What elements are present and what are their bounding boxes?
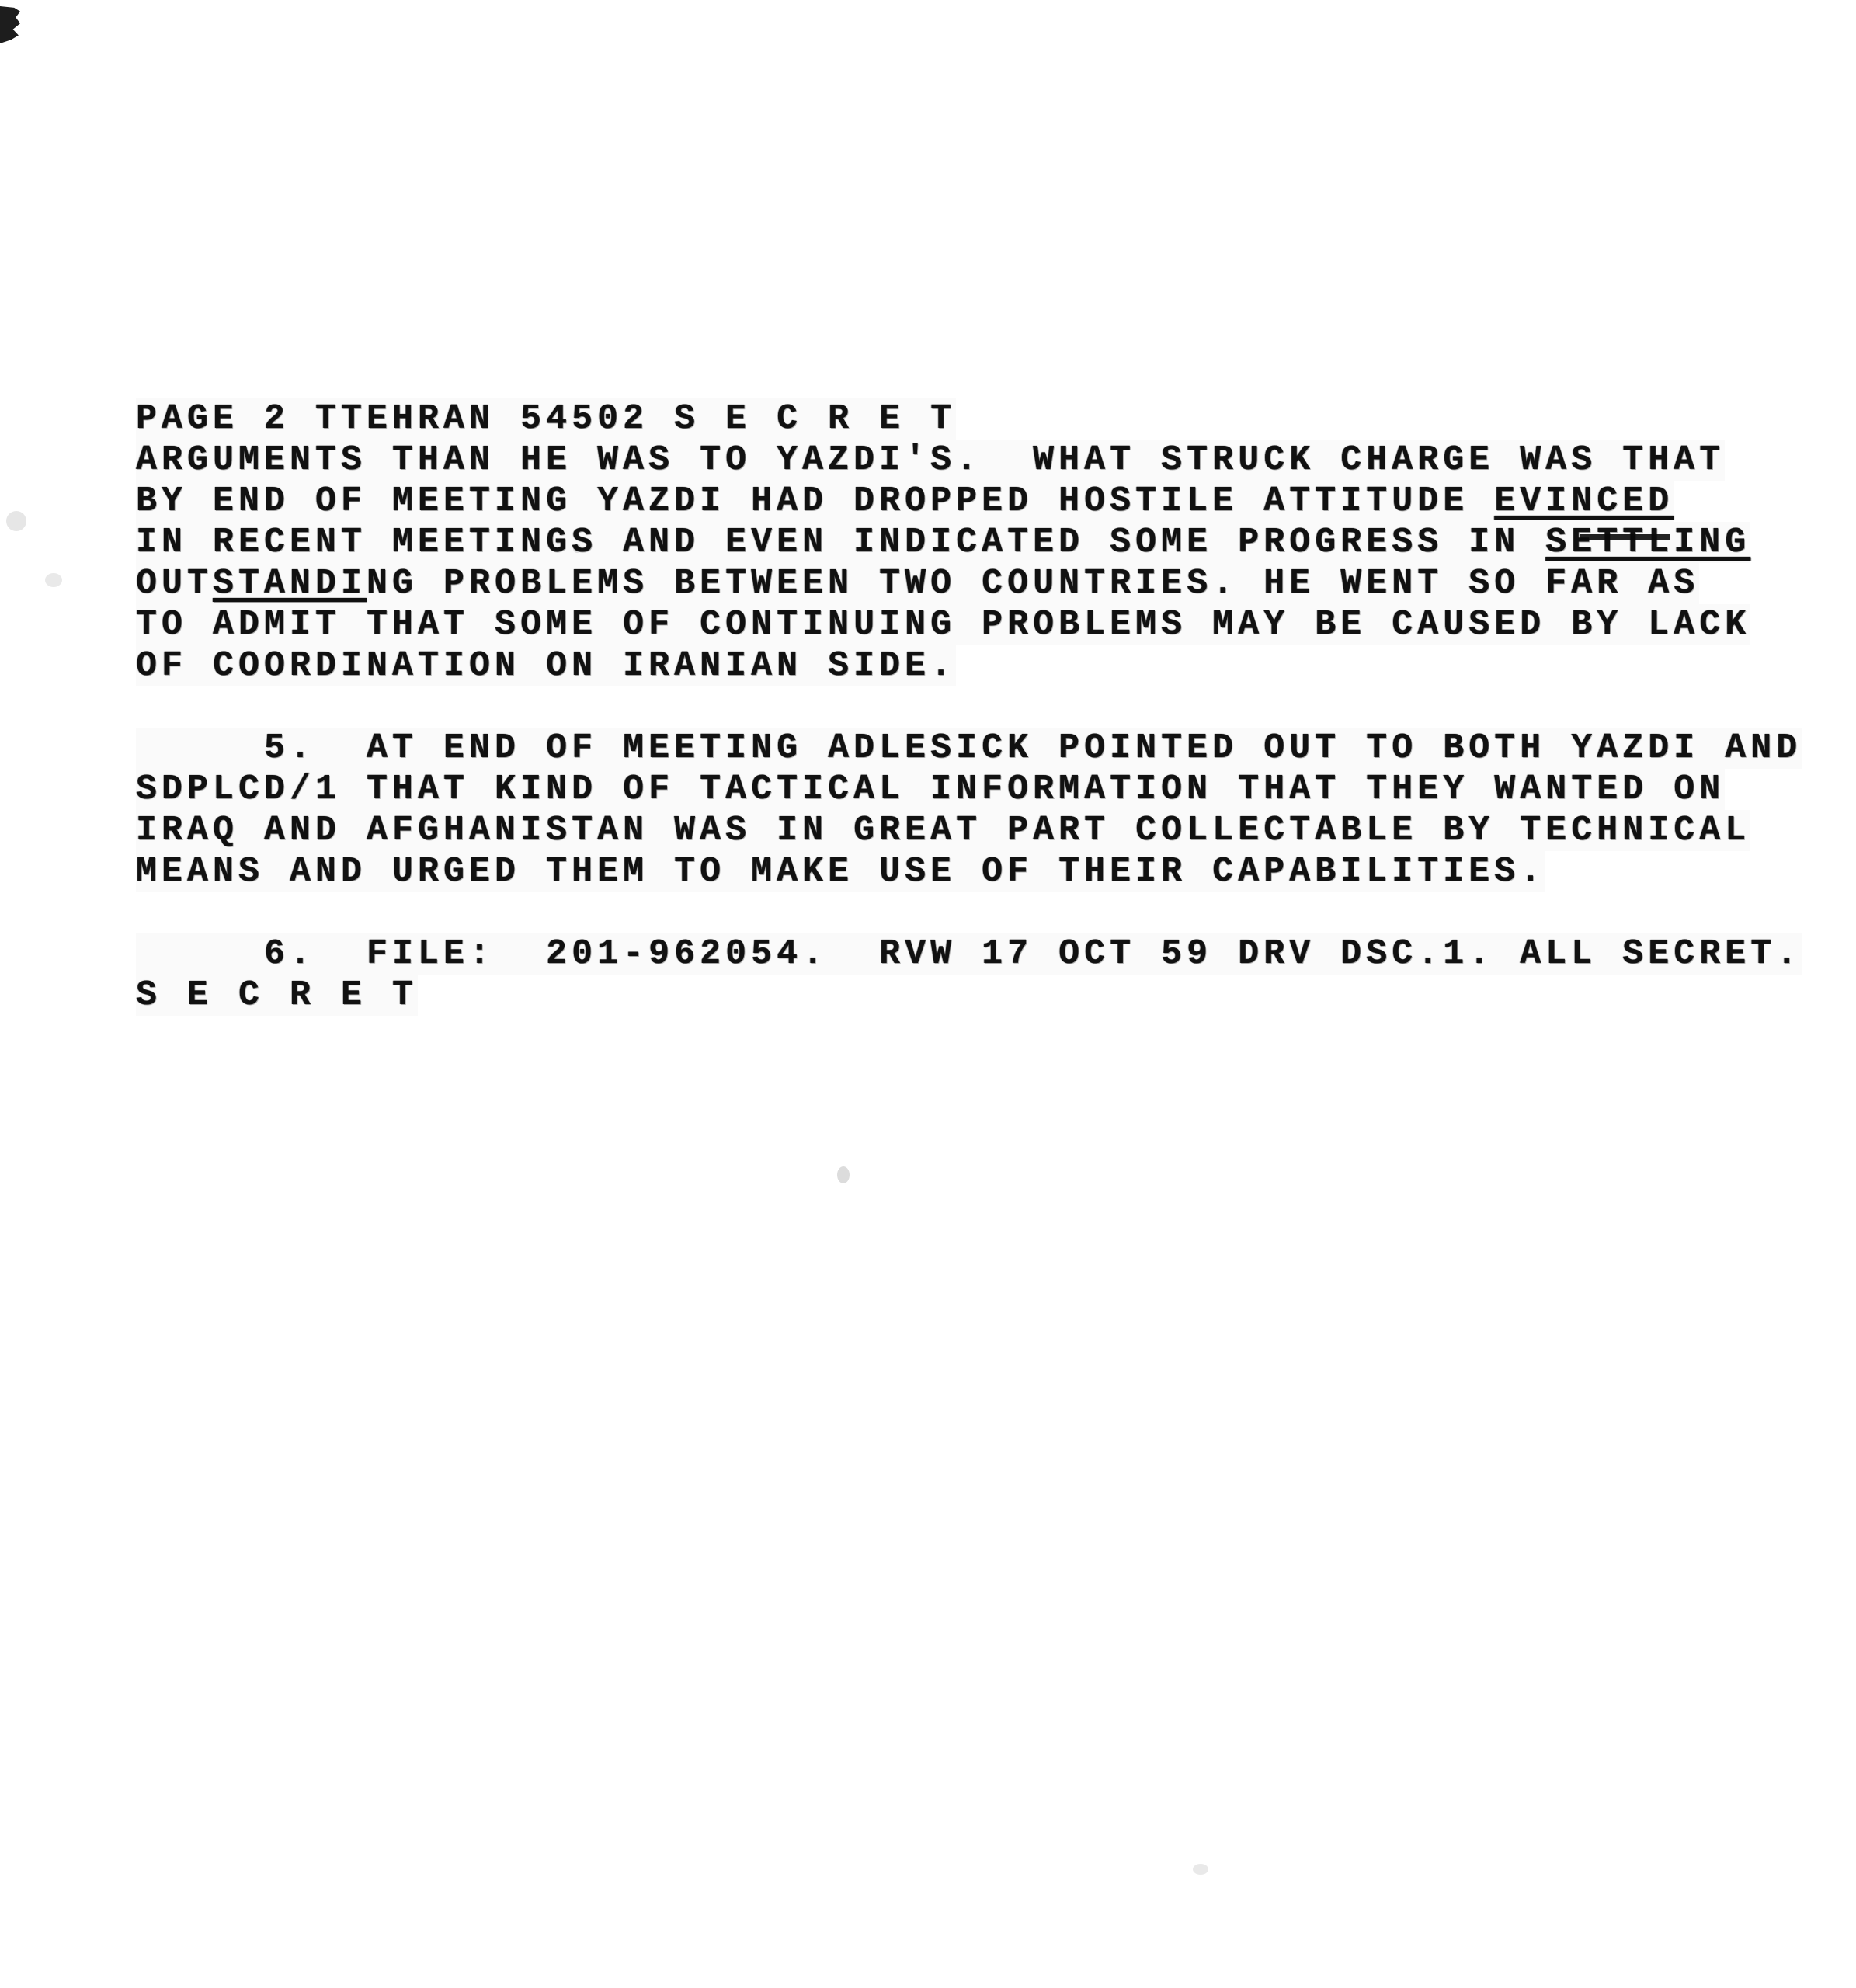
typewritten-text: S E C R E T <box>136 975 418 1015</box>
cable-line <box>136 686 162 728</box>
cable-line: OUTSTANDING PROBLEMS BETWEEN TWO COUNTRI… <box>136 563 1699 604</box>
typewritten-text: ARGUMENTS THAN HE WAS TO YAZDI'S. WHAT S… <box>136 440 1725 480</box>
scanned-cable-page: PAGE 2 TTEHRAN 54502 S E C R E TARGUMENT… <box>0 0 1856 1988</box>
cable-line: S E C R E T <box>136 975 418 1016</box>
cable-line: IRAQ AND AFGHANISTAN WAS IN GREAT PART C… <box>136 810 1750 851</box>
underlined-text: STANDI <box>213 564 367 603</box>
typewritten-text: OF COORDINATION ON IRANIAN SIDE. <box>136 646 956 686</box>
cable-line <box>136 892 162 933</box>
cable-line: ARGUMENTS THAN HE WAS TO YAZDI'S. WHAT S… <box>136 440 1725 481</box>
corner-ink-mark <box>0 6 20 43</box>
typewritten-text: OUT <box>136 564 213 603</box>
typewritten-text: PAGE 2 TTEHRAN 54502 S E C R E T <box>136 399 956 439</box>
underlined-text: SETTLING <box>1545 523 1750 562</box>
typewritten-text: MEANS AND URGED THEM TO MAKE USE OF THEI… <box>136 852 1545 891</box>
cable-line: BY END OF MEETING YAZDI HAD DROPPED HOST… <box>136 481 1674 522</box>
scan-speck-left-1 <box>6 511 26 531</box>
scan-speck-bottom <box>1193 1864 1208 1875</box>
cable-line: IN RECENT MEETINGS AND EVEN INDICATED SO… <box>136 522 1750 563</box>
typewritten-text: TO ADMIT THAT SOME OF CONTINUING PROBLEM… <box>136 605 1750 645</box>
typewritten-text: BY END OF MEETING YAZDI HAD DROPPED HOST… <box>136 481 1494 521</box>
typewritten-text: IRAQ AND AFGHANISTAN WAS IN GREAT PART C… <box>136 811 1750 850</box>
cable-text: PAGE 2 TTEHRAN 54502 S E C R E TARGUMENT… <box>136 398 1802 1016</box>
cable-line: 5. AT END OF MEETING ADLESICK POINTED OU… <box>136 728 1802 769</box>
cable-line: PAGE 2 TTEHRAN 54502 S E C R E T <box>136 398 956 440</box>
scan-speck-left-2 <box>45 573 62 587</box>
cable-line: TO ADMIT THAT SOME OF CONTINUING PROBLEM… <box>136 604 1750 645</box>
typewritten-text: 5. AT END OF MEETING ADLESICK POINTED OU… <box>136 728 1802 768</box>
scan-speck-center <box>837 1166 850 1183</box>
typewritten-text: NG PROBLEMS BETWEEN TWO COUNTRIES. HE WE… <box>367 564 1699 603</box>
evinced-double-underline <box>1580 534 1670 540</box>
typewritten-text: IN RECENT MEETINGS AND EVEN INDICATED SO… <box>136 523 1545 562</box>
cable-line: 6. FILE: 201-962054. RVW 17 OCT 59 DRV D… <box>136 933 1802 975</box>
cable-line: OF COORDINATION ON IRANIAN SIDE. <box>136 645 956 686</box>
typewritten-text: SDPLCD/1 THAT KIND OF TACTICAL INFORMATI… <box>136 770 1725 809</box>
cable-line: MEANS AND URGED THEM TO MAKE USE OF THEI… <box>136 851 1545 892</box>
underlined-text: EVINCED <box>1494 481 1674 521</box>
scan-speck-mid <box>573 544 581 553</box>
typewritten-text: 6. FILE: 201-962054. RVW 17 OCT 59 DRV D… <box>136 934 1802 974</box>
cable-line: SDPLCD/1 THAT KIND OF TACTICAL INFORMATI… <box>136 769 1725 810</box>
